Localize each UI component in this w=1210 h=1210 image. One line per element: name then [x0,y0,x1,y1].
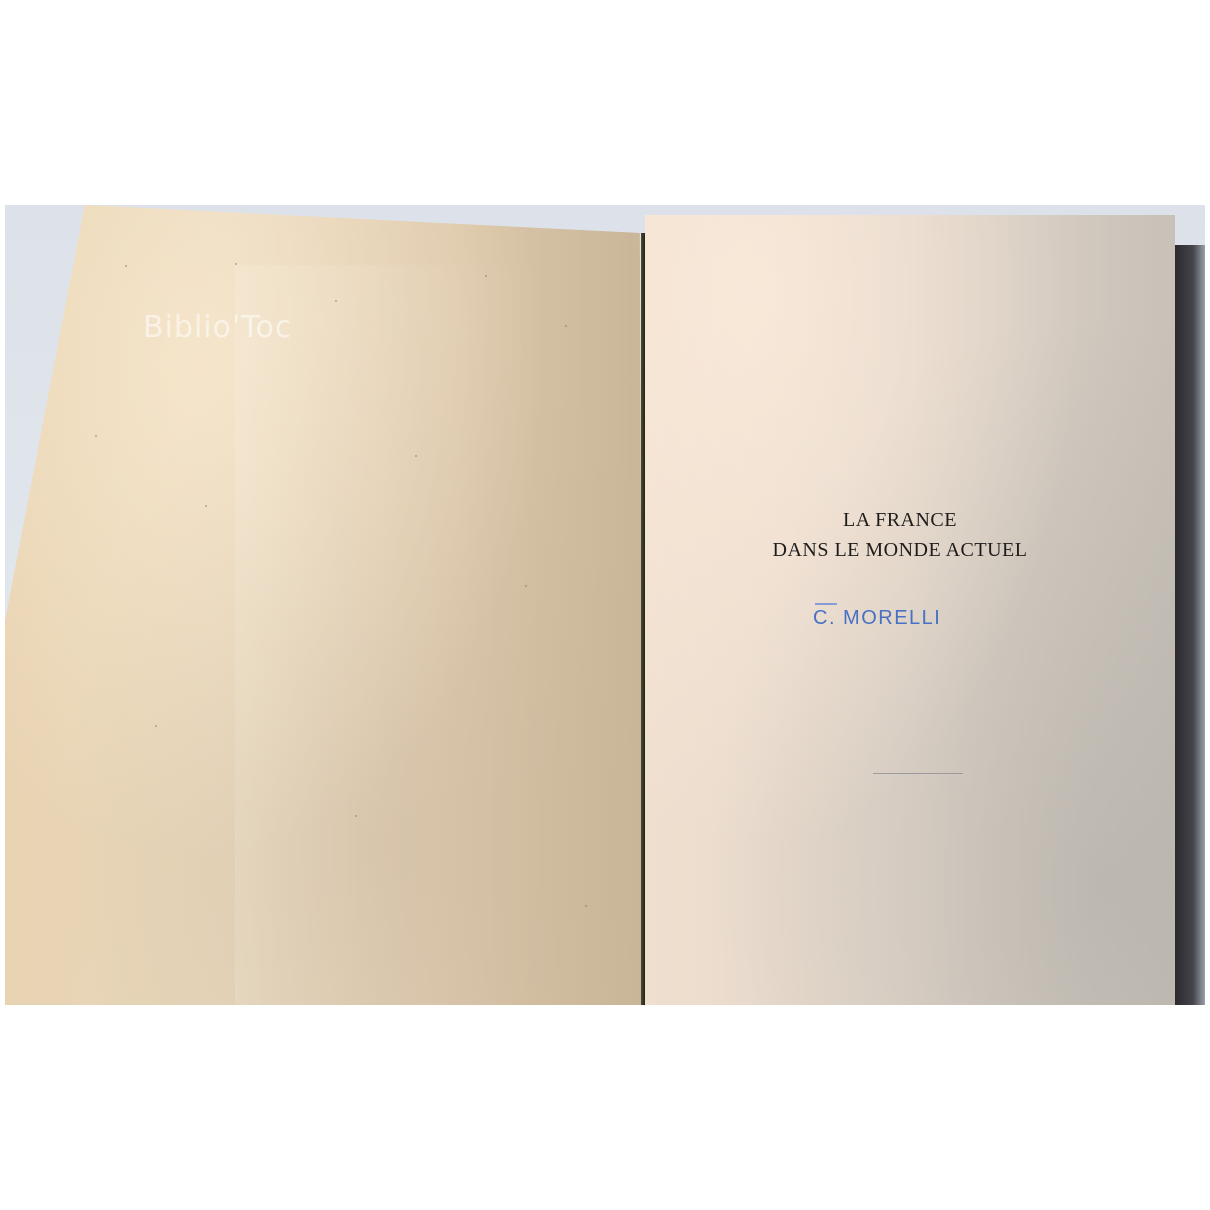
foxing-speck [235,263,237,265]
foxing-speck [95,435,97,437]
book-title: LA FRANCE DANS LE MONDE ACTUEL [735,505,1065,565]
foxing-speck [335,300,337,302]
foxing-speck [485,275,487,277]
foxing-speck [525,585,527,587]
foxing-speck [155,725,157,727]
owner-stamp: C. MORELLI [813,607,941,630]
stamp-mark [815,603,837,605]
paper-shade [235,265,555,1005]
watermark: Biblio'Toc [143,310,292,345]
foxing-speck [585,905,587,907]
cover-edge [1175,245,1205,1005]
foxing-speck [565,325,567,327]
foxing-speck [415,455,417,457]
title-line-2: DANS LE MONDE ACTUEL [735,535,1065,565]
divider-rule [873,773,963,774]
title-line-1: LA FRANCE [735,505,1065,535]
left-page: Biblio'Toc [5,205,643,1005]
title-page: LA FRANCE DANS LE MONDE ACTUEL C. MORELL… [645,215,1175,1005]
foxing-speck [205,505,207,507]
book-photo: Biblio'Toc LA FRANCE DANS LE MONDE ACTUE… [5,205,1205,1005]
foxing-speck [125,265,127,267]
foxing-speck [355,815,357,817]
